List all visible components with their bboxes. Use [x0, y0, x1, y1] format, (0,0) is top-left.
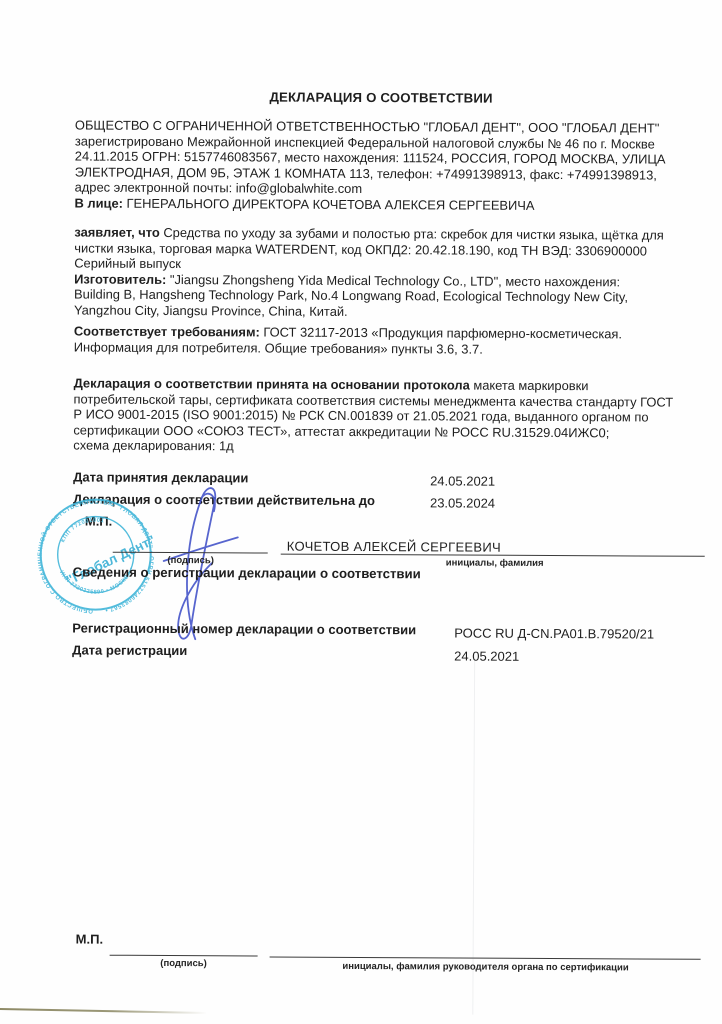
footer-signature-line — [110, 955, 258, 957]
registration-date-value: 24.05.2021 — [454, 648, 519, 663]
registration-number-value: РОСС RU Д-CN.РА01.В.79520/21 — [454, 625, 654, 641]
product-paragraph: заявляет, что Средства по уходу за зубам… — [74, 225, 686, 322]
requirements-paragraph: Соответствует требованиям: ГОСТ 32117-20… — [74, 323, 686, 357]
applicant-paragraph: ОБЩЕСТВО С ОГРАНИЧЕННОЙ ОТВЕТСТВЕННОСТЬЮ… — [75, 118, 687, 215]
registration-date-label: Дата регистрации — [72, 642, 187, 658]
name-caption: инициалы, фамилия — [400, 557, 590, 569]
name-line — [281, 554, 705, 558]
paragraph-line: Yangzhou City, Jiangsu Province, China, … — [74, 302, 686, 321]
date-accepted-value: 24.05.2021 — [430, 473, 495, 488]
registration-section-heading: Сведения о регистрации декларации о соот… — [73, 564, 421, 581]
svg-text:КПП 772001001: КПП 772001001 — [60, 517, 105, 543]
stamp-inner-top-text: КПП 772001001 — [60, 517, 105, 543]
registration-number-label: Регистрационный номер декларации о соотв… — [72, 620, 416, 637]
paragraph-line: Информация для потребителя. Общие требов… — [74, 339, 686, 358]
valid-until-value: 23.05.2024 — [430, 495, 495, 510]
footer-name-caption: инициалы, фамилия руководителя органа по… — [328, 961, 644, 974]
scanned-declaration-page: ДЕКЛАРАЦИЯ О СООТВЕТСТВИИ ОБЩЕСТВО С ОГР… — [0, 0, 722, 1024]
page-title: ДЕКЛАРАЦИЯ О СООТВЕТСТВИИ — [75, 89, 687, 107]
footer-name-line — [270, 957, 701, 961]
paragraph-line: схема декларирования: 1д — [73, 438, 685, 457]
scan-content: ДЕКЛАРАЦИЯ О СООТВЕТСТВИИ ОБЩЕСТВО С ОГР… — [0, 0, 722, 1024]
signatory-name: КОЧЕТОВ АЛЕКСЕЙ СЕРГЕЕВИЧ — [287, 539, 501, 555]
basis-paragraph: Декларация о соответствии принята на осн… — [73, 375, 685, 456]
paragraph-line: В лице: ГЕНЕРАЛЬНОГО ДИРЕКТОРА КОЧЕТОВА … — [75, 195, 687, 214]
footer-signature-caption: (подпись) — [142, 958, 226, 969]
scan-fold-line — [472, 653, 475, 1015]
footer-stamp-place-mark: М.П. — [76, 932, 103, 947]
company-round-stamp: ОБЩЕСТВО С ОГРАНИЧЕННОЙ ОТВЕТСТВЕННОСТЬЮ… — [35, 496, 156, 615]
